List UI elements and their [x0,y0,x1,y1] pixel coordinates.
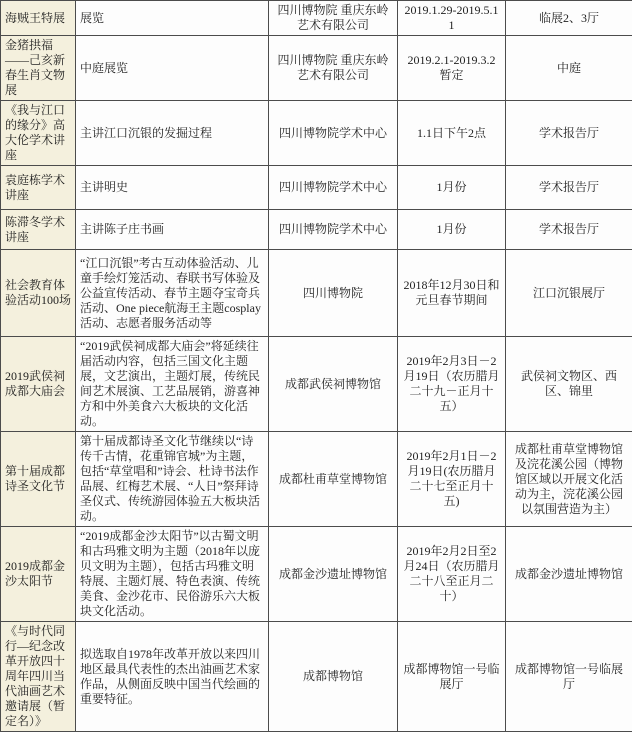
date-cell: 2019年2月1日－2月19日(农历腊月二十七至正月十五) [398,432,506,527]
date-cell: 1.1日下午2点 [398,101,506,166]
date-cell: 2019年2月3日－2月19日（农历腊月二十九－正月十五） [398,337,506,432]
organizer-cell: 四川博物院 [269,250,398,337]
events-table: 海贼王特展 展览 四川博物院 重庆东岭艺术有限公司 2019.1.29-2019… [0,0,632,732]
organizer-cell: 四川博物院学术中心 [269,166,398,210]
event-name-cell: 陈滞冬学术讲座 [1,210,76,250]
event-description-cell: “2019武侯祠成都大庙会”将延续往届活动内容，包括三国文化主题展，文艺演出，主… [76,337,269,432]
event-name-cell: 2019武侯祠成都大庙会 [1,337,76,432]
event-name-cell: 《我与江口的缘分》高大伦学术讲座 [1,101,76,166]
event-description-cell: 展览 [76,1,269,36]
table-row: 金猪拱福——己亥新春生肖文物展 中庭展览 四川博物院 重庆东岭艺术有限公司 20… [1,36,632,101]
venue-cell: 成都杜甫草堂博物馆及浣花溪公园（博物馆区域以开展文化活动为主，浣花溪公园以氛围营… [506,432,632,527]
event-description-cell: 主讲明史 [76,166,269,210]
venue-cell: 中庭 [506,36,632,101]
organizer-cell: 四川博物院 重庆东岭艺术有限公司 [269,1,398,36]
event-name-cell: 海贼王特展 [1,1,76,36]
organizer-cell: 四川博物院 重庆东岭艺术有限公司 [269,36,398,101]
date-cell: 1月份 [398,166,506,210]
table-row: 2019成都金沙太阳节 “2019成都金沙太阳节”以古蜀文明和古玛雅文明为主题（… [1,527,632,622]
venue-cell: 学术报告厅 [506,101,632,166]
venue-cell: 学术报告厅 [506,166,632,210]
event-name-cell: 社会教育体验活动100场 [1,250,76,337]
table-row: 海贼王特展 展览 四川博物院 重庆东岭艺术有限公司 2019.1.29-2019… [1,1,632,36]
organizer-cell: 成都博物馆 [269,622,398,732]
table-row: 《与时代同行—纪念改革开放四十周年四川当代油画艺术邀请展（暂定名）》 拟选取自1… [1,622,632,732]
venue-cell: 成都金沙遗址博物馆 [506,527,632,622]
date-cell: 2019年2月2日至2月24日（农历腊月二十八至正月二十） [398,527,506,622]
table-row: 第十届成都诗圣文化节 第十届成都诗圣文化节继续以“诗传千古情，花重锦官城”为主题… [1,432,632,527]
venue-cell: 成都博物馆一号临展厅 [506,622,632,732]
event-description-cell: “江口沉银”考古互动体验活动、儿童手绘灯笼活动、春联书写体验及公益宣传活动、春节… [76,250,269,337]
organizer-cell: 四川博物院学术中心 [269,101,398,166]
date-cell: 2019.1.29-2019.5.11 [398,1,506,36]
event-description-cell: 中庭展览 [76,36,269,101]
organizer-cell: 四川博物院学术中心 [269,210,398,250]
date-cell: 成都博物馆一号临展厅 [398,622,506,732]
table-row: 《我与江口的缘分》高大伦学术讲座 主讲江口沉银的发掘过程 四川博物院学术中心 1… [1,101,632,166]
event-description-cell: “2019成都金沙太阳节”以古蜀文明和古玛雅文明为主题（2018年以庞贝文明为主… [76,527,269,622]
table-row: 袁庭栋学术讲座 主讲明史 四川博物院学术中心 1月份 学术报告厅 [1,166,632,210]
date-cell: 2018年12月30日和元旦春节期间 [398,250,506,337]
event-name-cell: 袁庭栋学术讲座 [1,166,76,210]
table-row: 陈滞冬学术讲座 主讲陈子庄书画 四川博物院学术中心 1月份 学术报告厅 [1,210,632,250]
events-table-body: 海贼王特展 展览 四川博物院 重庆东岭艺术有限公司 2019.1.29-2019… [1,1,632,732]
event-name-cell: 2019成都金沙太阳节 [1,527,76,622]
table-row: 社会教育体验活动100场 “江口沉银”考古互动体验活动、儿童手绘灯笼活动、春联书… [1,250,632,337]
date-cell: 2019.2.1-2019.3.2暂定 [398,36,506,101]
event-name-cell: 金猪拱福——己亥新春生肖文物展 [1,36,76,101]
venue-cell: 武侯祠文物区、西区、锦里 [506,337,632,432]
event-description-cell: 第十届成都诗圣文化节继续以“诗传千古情，花重锦官城”为主题，包括“草堂唱和”诗会… [76,432,269,527]
organizer-cell: 成都金沙遗址博物馆 [269,527,398,622]
event-name-cell: 第十届成都诗圣文化节 [1,432,76,527]
organizer-cell: 成都杜甫草堂博物馆 [269,432,398,527]
venue-cell: 江口沉银展厅 [506,250,632,337]
venue-cell: 学术报告厅 [506,210,632,250]
date-cell: 1月份 [398,210,506,250]
event-description-cell: 拟选取自1978年改革开放以来四川地区最具代表性的杰出油画艺术家作品，从侧面反映… [76,622,269,732]
event-description-cell: 主讲江口沉银的发掘过程 [76,101,269,166]
venue-cell: 临展2、3厅 [506,1,632,36]
event-name-cell: 《与时代同行—纪念改革开放四十周年四川当代油画艺术邀请展（暂定名）》 [1,622,76,732]
organizer-cell: 成都武侯祠博物馆 [269,337,398,432]
table-row: 2019武侯祠成都大庙会 “2019武侯祠成都大庙会”将延续往届活动内容，包括三… [1,337,632,432]
event-description-cell: 主讲陈子庄书画 [76,210,269,250]
